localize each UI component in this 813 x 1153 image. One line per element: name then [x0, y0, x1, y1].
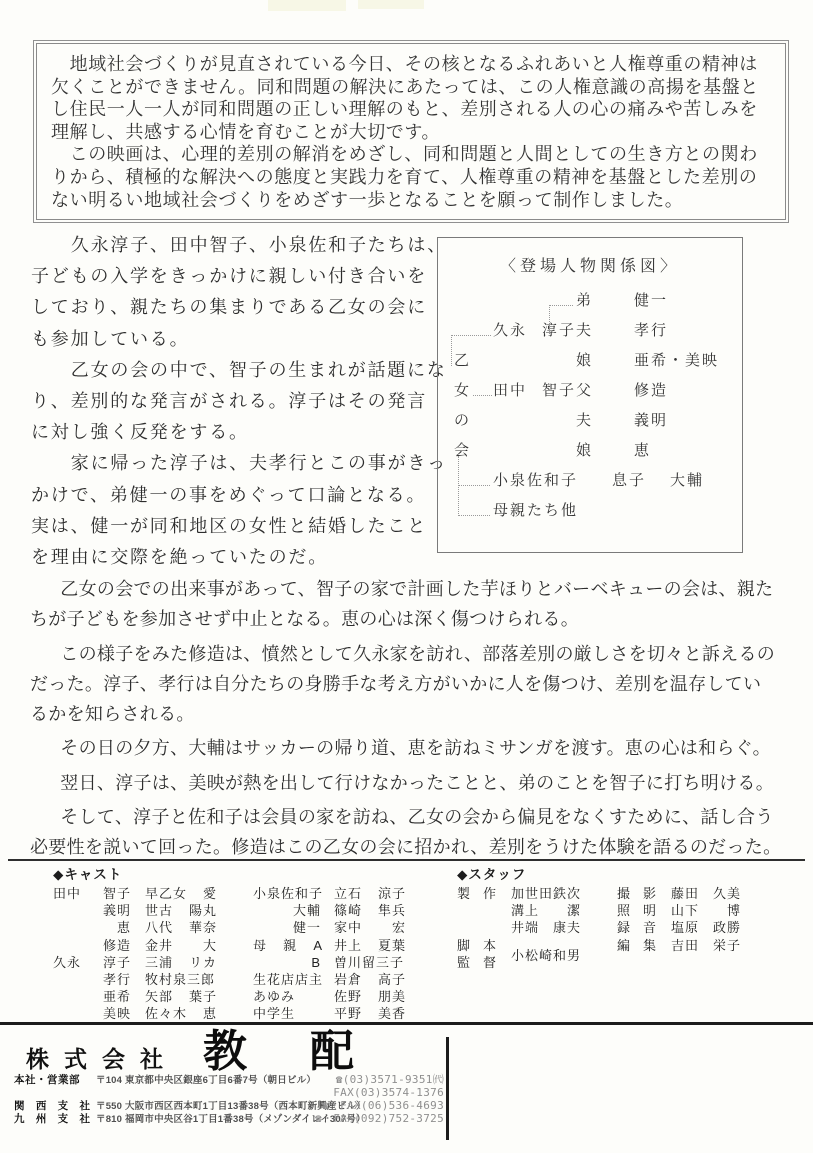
name-part: 佐野	[334, 988, 362, 1005]
cast-role: 健一	[253, 919, 325, 936]
diagram-group-char: 女	[438, 376, 478, 406]
name-part: 潔	[567, 902, 581, 919]
diagram-family-name	[478, 286, 542, 316]
synopsis-line: も参加している。	[31, 324, 451, 355]
cast-actor: 家中宏	[334, 919, 406, 936]
diagram-relation: 娘	[576, 436, 626, 466]
name-part: 陽丸	[189, 902, 217, 919]
name-part: 宏	[392, 919, 406, 936]
staff-header: ◆スタッフ	[457, 863, 526, 883]
synopsis-line: に対し強く反発をする。	[31, 417, 451, 448]
name-part: 九	[14, 1113, 25, 1125]
name-part: 親	[283, 937, 297, 954]
diagram-group-char	[438, 286, 478, 316]
cast-row: 生花店店主岩倉高子	[253, 971, 406, 988]
synopsis-line: を理由に交際を絶っていたのだ。	[31, 542, 451, 573]
cast-actor: 世古陽丸	[145, 902, 217, 919]
name-part: 溝上	[511, 902, 539, 919]
diagram-person-name	[662, 496, 670, 526]
synopsis-line: 乙女の会の中で、智子の生まれが話題にな	[31, 355, 451, 386]
diagram-row: 小泉佐和子息子大輔	[438, 466, 742, 496]
name-part: 政勝	[713, 919, 741, 936]
name-part: 涼子	[378, 885, 406, 902]
cast-row: 大輔篠崎隼兵	[253, 902, 406, 919]
staff-role-label: 脚本	[457, 937, 497, 954]
name-part: 母	[253, 937, 267, 954]
diagram-given-name	[578, 466, 612, 496]
staff-name: 井端康夫	[511, 919, 581, 936]
synopsis-line: 子どもの入学をきっかけに親しい付き合いを	[31, 261, 451, 292]
synopsis-line: そして、淳子と佐和子は会員の家を訪ね、乙女の会から偏見をなくすために、話し合う	[30, 802, 808, 832]
connector-line	[458, 515, 490, 516]
staff-name: 塩原政勝	[671, 919, 741, 936]
cast-actor: 矢部葉子	[145, 988, 217, 1005]
name-part: リカ	[189, 954, 217, 971]
name-part: 美香	[378, 1005, 406, 1022]
intro-line: この映画は、心理的差別の解消をめざし、同和問題と人間としての生き方との関わ	[51, 143, 771, 166]
diagram-relation: 夫	[576, 316, 626, 346]
company-logo-char: 教	[203, 1030, 247, 1074]
synopsis-paragraph: 翌日、淳子は、美映が熱を出して行けなかったことと、弟のことを智子に打ち明ける。	[30, 768, 808, 798]
diagram-family-name	[478, 346, 542, 376]
staff-name: 藤田久美	[671, 885, 741, 902]
cast-actor: 佐々木恵	[145, 1005, 217, 1022]
name-part: 博	[727, 902, 741, 919]
diagram-group-char	[438, 316, 478, 346]
company-type-label: 株式会社	[26, 1041, 178, 1074]
cast-actor: 佐野朋美	[334, 988, 406, 1005]
staff-row: 録音塩原政勝	[617, 919, 741, 936]
cast-actor: 平野美香	[334, 1005, 406, 1022]
cast-role: 淳子	[95, 954, 131, 971]
diagram-row: 女田中智子父修造	[438, 376, 742, 406]
cast-family-group	[53, 1005, 95, 1022]
staff-role-label: 監督	[457, 954, 497, 971]
bottom-rule	[0, 1022, 813, 1025]
intro-line: 理解し、共感する心情を育むことが大切です。	[51, 121, 771, 144]
office-phone: ☎(03)3571-9351㈹	[297, 1074, 444, 1086]
name-part: 録	[617, 919, 631, 936]
name-part: 撮	[617, 885, 631, 902]
staff-row: 監督	[457, 954, 497, 971]
synopsis-paragraph: 家に帰った淳子は、夫孝行とこの事がきっかけで、弟健一の事をめぐって口論となる。実…	[31, 448, 451, 573]
office-fax: FAX(03)3574-1376	[297, 1087, 444, 1099]
name-part: 吉田	[671, 937, 699, 954]
name-part: 久美	[713, 885, 741, 902]
synopsis-left-column: 久永淳子、田中智子、小泉佐和子たちは、子どもの入学をきっかけに親しい付き合いをし…	[31, 230, 451, 573]
name-part: 井上	[334, 937, 362, 954]
synopsis-line: その日の夕方、大輔はサッカーの帰り道、恵を訪ねミサンガを渡す。恵の心は和らぐ。	[30, 733, 808, 763]
cast-header: ◆キャスト	[53, 863, 122, 883]
diagram-row: の夫義明	[438, 406, 742, 436]
cast-row: 修造金井大	[53, 937, 217, 954]
synopsis-line: 家に帰った淳子は、夫孝行とこの事がきっ	[31, 448, 451, 479]
office-phone: ☎・FAX(06)536-4693	[297, 1100, 444, 1112]
diagram-title: 〈登場人物関係図〉	[438, 253, 742, 276]
cast-role: B	[253, 954, 325, 971]
diagram-family-name: 母親たち他	[478, 496, 578, 526]
diagram-given-name	[542, 406, 576, 436]
synopsis-paragraph: 乙女の会での出来事があって、智子の家で計画した芋ほりとバーベキューの会は、親たち…	[30, 574, 808, 635]
name-part: 照	[617, 902, 631, 919]
name-part: 夏葉	[378, 937, 406, 954]
cast-actor: 三浦リカ	[145, 954, 217, 971]
name-part: 篠崎	[334, 902, 362, 919]
diagram-relation: 弟	[576, 286, 626, 316]
name-part: 製	[457, 885, 471, 902]
synopsis-line: だった。淳子、孝行は自分たちの身勝手な考え方がいかに人を傷つけ、差別を温存してい	[30, 669, 808, 699]
diagram-given-name	[578, 496, 612, 526]
cast-row: あゆみ佐野朋美	[253, 988, 406, 1005]
synopsis-line: 久永淳子、田中智子、小泉佐和子たちは、	[31, 230, 451, 261]
connector-line	[549, 305, 550, 336]
scan-artifact	[268, 0, 346, 11]
name-part: 大	[203, 937, 217, 954]
name-part: A	[313, 937, 323, 954]
cast-family-group	[53, 971, 95, 988]
diagram-given-name	[542, 346, 576, 376]
staff-role-label: 撮影	[617, 885, 657, 902]
cast-actor: 八代華奈	[145, 919, 217, 936]
staff-role-label: 製作	[457, 885, 497, 902]
name-part: 督	[483, 954, 497, 971]
connector-line	[473, 395, 492, 396]
name-part: 康夫	[553, 919, 581, 936]
name-part: 愛	[203, 885, 217, 902]
synopsis-line: この様子をみた修造は、憤然として久永家を訪れ、部落差別の厳しさを切々と訴えるの	[30, 639, 808, 669]
name-part: 音	[643, 919, 657, 936]
cast-row: 義明世古陽丸	[53, 902, 217, 919]
cast-row: 亜希矢部葉子	[53, 988, 217, 1005]
diagram-family-name	[478, 406, 542, 436]
cast-actor: 立石涼子	[334, 885, 406, 902]
name-part: 佐々木	[145, 1005, 187, 1022]
intro-line: し住民一人一人が同和問題の正しい理解のもと、差別される人の心の痛みや苦しみを	[51, 98, 771, 121]
synopsis-paragraph: そして、淳子と佐和子は会員の家を訪ね、乙女の会から偏見をなくすために、話し合う必…	[30, 802, 808, 863]
staff-row: 製作加世田鉄次	[457, 885, 581, 902]
name-part: 集	[643, 937, 657, 954]
name-part: 立石	[334, 885, 362, 902]
diagram-given-name: 智子	[542, 376, 576, 406]
intro-paragraph: 地域社会づくりが見直されている今日、その核となるふれあいと人権尊重の精神は欠くこ…	[51, 53, 771, 143]
intro-line: 地域社会づくりが見直されている今日、その核となるふれあいと人権尊重の精神は	[51, 53, 771, 76]
name-part: 脚	[457, 937, 471, 954]
scan-artifact	[358, 0, 424, 9]
staff-row: 井端康夫	[457, 919, 581, 936]
intro-line: 欠くことができません。同和問題の解決にあたっては、この人権意識の高揚を基盤と	[51, 76, 771, 99]
cast-row: 母親A井上夏葉	[253, 937, 406, 954]
cast-family-group	[53, 988, 95, 1005]
name-part: 作	[483, 885, 497, 902]
staff-name: 吉田栄子	[671, 937, 741, 954]
diagram-family-name: 小泉佐和子	[478, 466, 578, 496]
synopsis-line: しており、親たちの集まりである乙女の会に	[31, 292, 451, 323]
name-part: 州	[36, 1113, 47, 1125]
cast-row: 健一家中宏	[253, 919, 406, 936]
diagram-relation: 夫	[576, 406, 626, 436]
diagram-relation: 父	[576, 376, 626, 406]
cast-row: 小泉佐和子立石涼子	[253, 885, 406, 902]
name-part: 影	[643, 885, 657, 902]
name-part: 家中	[334, 919, 362, 936]
staff-script-director: 脚本監督小松崎和男	[457, 937, 581, 971]
cast-family-group	[53, 937, 95, 954]
synopsis-line: かけで、弟健一の事をめぐって口論となる。	[31, 480, 451, 511]
diagram-given-name: 淳子	[542, 316, 576, 346]
name-part: 支	[58, 1113, 69, 1125]
scanned-film-leaflet-page: 地域社会づくりが見直されている今日、その核となるふれあいと人権尊重の精神は欠くこ…	[0, 0, 813, 1153]
name-part: 隼兵	[378, 902, 406, 919]
synopsis-paragraph: その日の夕方、大輔はサッカーの帰り道、恵を訪ねミサンガを渡す。恵の心は和らぐ。	[30, 733, 808, 763]
diagram-relation: 息子	[612, 466, 662, 496]
diagram-family-name	[478, 436, 542, 466]
synopsis-line: ちが子どもを参加させず中止となる。恵の心は深く傷つけられる。	[30, 604, 808, 634]
office-phone: ☎・FAX(092)752-3725	[297, 1113, 444, 1125]
name-part: 恵	[203, 1005, 217, 1022]
diagram-person-name: 修造	[626, 376, 668, 406]
staff-name: 小松崎和男	[511, 945, 581, 964]
name-part: 葉子	[189, 988, 217, 1005]
intro-line: ない明るい地域社会づくりをめざす一歩となることを願って制作しました。	[51, 189, 771, 212]
vertical-divider	[446, 1037, 449, 1140]
cast-actor: 曽川留三子	[334, 954, 406, 971]
staff-role-label	[457, 902, 497, 919]
staff-role-label: 照明	[617, 902, 657, 919]
cast-family-group: 久永	[53, 954, 95, 971]
staff-script-director-labels: 脚本監督	[457, 937, 497, 971]
diagram-row: 久永淳子夫孝行	[438, 316, 742, 346]
cast-row: 孝行牧村泉三郎	[53, 971, 217, 988]
name-part: 朋美	[378, 988, 406, 1005]
name-part: 世古	[145, 902, 173, 919]
synopsis-line: るかを知らされる。	[30, 699, 808, 729]
staff-name: 加世田鉄次	[511, 885, 581, 902]
cast-row: 美映佐々木恵	[53, 1005, 217, 1022]
cast-role: 小泉佐和子	[253, 885, 325, 902]
diagram-person-name: 恵	[626, 436, 651, 466]
name-part: 岩倉	[334, 971, 362, 988]
staff-row: 編集吉田栄子	[617, 937, 741, 954]
name-part: 西	[36, 1100, 47, 1112]
office-label: 関西支社	[14, 1100, 90, 1112]
cast-actor: 岩倉高子	[334, 971, 406, 988]
diagram-person-name: 義明	[626, 406, 668, 436]
staff-role-label: 録音	[617, 919, 657, 936]
diagram-given-name	[542, 286, 576, 316]
section-divider-line	[8, 859, 805, 861]
name-part: 金井	[145, 937, 173, 954]
diagram-row: 母親たち他	[438, 496, 742, 526]
name-part: 社	[79, 1100, 90, 1112]
cast-role: 亜希	[95, 988, 131, 1005]
name-part: 平野	[334, 1005, 362, 1022]
cast-role: 中学生	[253, 1005, 325, 1022]
staff-role-label	[457, 919, 497, 936]
name-part: 栄子	[713, 937, 741, 954]
staff-row: 照明山下博	[617, 902, 741, 919]
staff-column-1: 製作加世田鉄次溝上潔井端康夫	[457, 885, 581, 937]
connector-line	[451, 335, 491, 336]
diagram-person-name: 亜希・美映	[626, 346, 719, 376]
diagram-row: 弟健一	[438, 286, 742, 316]
cast-column-2: 小泉佐和子立石涼子大輔篠崎隼兵健一家中宏母親A井上夏葉B曽川留三子生花店店主岩倉…	[253, 885, 406, 1023]
company-logo-char: 配	[310, 1030, 354, 1074]
synopsis-line: 実は、健一が同和地区の女性と結婚したこと	[31, 511, 451, 542]
cast-role: 美映	[95, 1005, 131, 1022]
name-part: 塩原	[671, 919, 699, 936]
diagram-row: 会娘恵	[438, 436, 742, 466]
name-part: 矢部	[145, 988, 173, 1005]
name-part: 明	[643, 902, 657, 919]
diagram-family-name: 久永	[478, 316, 542, 346]
intro-box-inner: 地域社会づくりが見直されている今日、その核となるふれあいと人権尊重の精神は欠くこ…	[36, 43, 786, 220]
cast-column-1: 田中智子早乙女愛義明世古陽丸恵八代華奈修造金井大久永淳子三浦リカ孝行牧村泉三郎亜…	[53, 885, 217, 1023]
diagram-group-char: 乙	[438, 346, 478, 376]
name-part: 監	[457, 954, 471, 971]
staff-row: 溝上潔	[457, 902, 581, 919]
cast-role: 生花店店主	[253, 971, 325, 988]
office-label: 本社・営業部	[14, 1074, 90, 1086]
name-part: 関	[14, 1100, 25, 1112]
cast-role: 義明	[95, 902, 131, 919]
office-label: 九州支社	[14, 1113, 90, 1125]
name-part: 編	[617, 937, 631, 954]
connector-line	[458, 485, 490, 486]
cast-family-group: 田中	[53, 885, 95, 902]
staff-role-label: 編集	[617, 937, 657, 954]
name-part: 八代	[145, 919, 173, 936]
connector-line	[458, 456, 459, 516]
diagram-relation	[612, 496, 662, 526]
cast-role: あゆみ	[253, 988, 325, 1005]
cast-row: 久永淳子三浦リカ	[53, 954, 217, 971]
cast-row: 中学生平野美香	[253, 1005, 406, 1022]
synopsis-paragraph: この様子をみた修造は、憤然として久永家を訪れ、部落差別の厳しさを切々と訴えるのだ…	[30, 639, 808, 730]
cast-role: 孝行	[95, 971, 131, 988]
cast-row: 恵八代華奈	[53, 919, 217, 936]
cast-actor: 金井大	[145, 937, 217, 954]
cast-family-group	[53, 902, 95, 919]
name-part: 山下	[671, 902, 699, 919]
intro-paragraph: この映画は、心理的差別の解消をめざし、同和問題と人間としての生き方との関わりから…	[51, 143, 771, 211]
cast-role: 修造	[95, 937, 131, 954]
name-part: 本	[483, 937, 497, 954]
name-part: 井端	[511, 919, 539, 936]
diagram-family-name: 田中	[478, 376, 542, 406]
cast-role: 母親A	[253, 937, 325, 954]
staff-name: 山下博	[671, 902, 741, 919]
cast-row: B曽川留三子	[253, 954, 406, 971]
cast-actor: 篠崎隼兵	[334, 902, 406, 919]
diagram-person-name: 健一	[626, 286, 668, 316]
name-part: 三浦	[145, 954, 173, 971]
cast-actor: 牧村泉三郎	[145, 971, 217, 988]
synopsis-full-width: 乙女の会での出来事があって、智子の家で計画した芋ほりとバーベキューの会は、親たち…	[30, 574, 808, 867]
diagram-row: 乙娘亜希・美映	[438, 346, 742, 376]
cast-actor: 井上夏葉	[334, 937, 406, 954]
synopsis-paragraph: 乙女の会の中で、智子の生まれが話題になり、差別的な発言がされる。淳子はその発言に…	[31, 355, 451, 449]
diagram-person-name: 孝行	[626, 316, 668, 346]
staff-row: 撮影藤田久美	[617, 885, 741, 902]
name-part: 高子	[378, 971, 406, 988]
name-part: 藤田	[671, 885, 699, 902]
synopsis-line: 乙女の会での出来事があって、智子の家で計画した芋ほりとバーベキューの会は、親た	[30, 574, 808, 604]
diagram-given-name	[542, 436, 576, 466]
connector-line	[451, 335, 452, 366]
name-part: 社	[79, 1113, 90, 1125]
name-part: 早乙女	[145, 885, 187, 902]
staff-name: 溝上潔	[511, 902, 581, 919]
cast-actor: 早乙女愛	[145, 885, 217, 902]
intro-box: 地域社会づくりが見直されている今日、その核となるふれあいと人権尊重の精神は欠くこ…	[33, 40, 789, 223]
cast-row: 田中智子早乙女愛	[53, 885, 217, 902]
intro-line: りから、積極的な解決への態度と実践力を育て、人権尊重の精神を基盤とした差別の	[51, 166, 771, 189]
cast-family-group	[53, 919, 95, 936]
cast-role: 大輔	[253, 902, 325, 919]
diagram-group-char: の	[438, 406, 478, 436]
diagram-relation: 娘	[576, 346, 626, 376]
name-part: 支	[58, 1100, 69, 1112]
synopsis-paragraph: 久永淳子、田中智子、小泉佐和子たちは、子どもの入学をきっかけに親しい付き合いをし…	[31, 230, 451, 355]
relationship-diagram: 〈登場人物関係図〉 弟健一久永淳子夫孝行乙娘亜希・美映女田中智子父修造の夫義明会…	[437, 237, 743, 553]
connector-line	[549, 305, 573, 306]
office-address: 〒104 東京都中央区銀座6丁目6番7号（朝日ビル）	[96, 1075, 316, 1087]
synopsis-line: り、差別的な発言がされる。淳子はその発言	[31, 386, 451, 417]
synopsis-line: 翌日、淳子は、美映が熱を出して行けなかったことと、弟のことを智子に打ち明ける。	[30, 768, 808, 798]
staff-column-2: 撮影藤田久美照明山下博録音塩原政勝編集吉田栄子	[617, 885, 741, 954]
diagram-person-name: 大輔	[662, 466, 704, 496]
cast-role: 恵	[95, 919, 131, 936]
name-part: 華奈	[189, 919, 217, 936]
cast-role: 智子	[95, 885, 131, 902]
staff-row: 脚本	[457, 937, 497, 954]
